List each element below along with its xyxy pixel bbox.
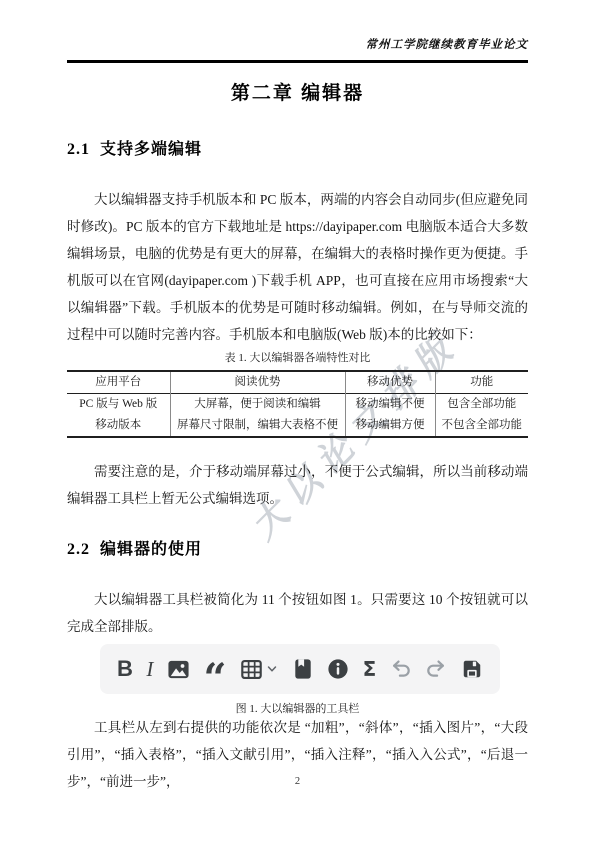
running-header: 常州工学院继续教育毕业论文	[67, 36, 528, 52]
feature-comparison-table: 应用平台 阅读优势 移动优势 功能 PC 版与 Web 版 大屏幕，便于阅读和编…	[67, 370, 528, 438]
save-icon	[461, 654, 483, 684]
table-cell: 不包含全部功能	[435, 415, 528, 437]
citation-icon	[292, 654, 314, 684]
section-title: 编辑器的使用	[100, 541, 202, 558]
section-number: 2.2	[67, 541, 90, 558]
italic-icon: I	[146, 654, 153, 684]
chapter-title: 第二章 编辑器	[0, 78, 595, 105]
bold-icon: B	[117, 654, 133, 684]
section-heading-2-2: 2.2编辑器的使用	[67, 536, 202, 559]
thesis-page: 大以论文排版 常州工学院继续教育毕业论文 第二章 编辑器 2.1支持多端编辑 大…	[0, 0, 595, 842]
table-cell: 大屏幕，便于阅读和编辑	[170, 394, 345, 416]
column-header: 功能	[435, 371, 528, 394]
section-number: 2.1	[67, 141, 90, 158]
footnote-icon	[327, 654, 349, 684]
insert-table-group	[240, 654, 278, 684]
paragraph-multi-device: 大以编辑器支持手机版本和 PC 版本，两端的内容会自动同步(但应避免同时修改)。…	[67, 186, 528, 348]
table-cell: 移动版本	[67, 415, 170, 437]
section-heading-2-1: 2.1支持多端编辑	[67, 136, 202, 159]
insert-table-icon	[240, 658, 263, 681]
table-cell: PC 版与 Web 版	[67, 394, 170, 416]
undo-icon	[390, 654, 412, 684]
chevron-down-icon	[266, 663, 278, 675]
paragraph-note: 需要注意的是，介于移动端屏幕过小，不便于公式编辑，所以当前移动端编辑器工具栏上暂…	[67, 458, 528, 512]
formula-icon: Σ	[363, 654, 377, 684]
insert-image-icon	[167, 654, 190, 684]
section-title: 支持多端编辑	[100, 141, 202, 158]
header-rule	[67, 60, 528, 63]
page-number: 2	[0, 776, 595, 787]
table-row: PC 版与 Web 版 大屏幕，便于阅读和编辑 移动编辑不便 包含全部功能	[67, 394, 528, 416]
table-cell: 屏幕尺寸限制，编辑大表格不便	[170, 415, 345, 437]
table-cell: 移动编辑方便	[345, 415, 435, 437]
blockquote-icon: “	[203, 664, 226, 694]
table-caption: 表 1. 大以编辑器各端特性对比	[0, 349, 595, 365]
column-header: 阅读优势	[170, 371, 345, 394]
table-cell: 包含全部功能	[435, 394, 528, 416]
table-header-row: 应用平台 阅读优势 移动优势 功能	[67, 371, 528, 394]
table-row: 移动版本 屏幕尺寸限制，编辑大表格不便 移动编辑方便 不包含全部功能	[67, 415, 528, 437]
column-header: 移动优势	[345, 371, 435, 394]
column-header: 应用平台	[67, 371, 170, 394]
paragraph-toolbar-intro: 大以编辑器工具栏被简化为 11 个按钮如图 1。只需要这 10 个按钮就可以完成…	[67, 586, 528, 640]
redo-icon	[425, 654, 447, 684]
table-cell: 移动编辑不便	[345, 394, 435, 416]
editor-toolbar-figure: B I “	[100, 644, 500, 694]
